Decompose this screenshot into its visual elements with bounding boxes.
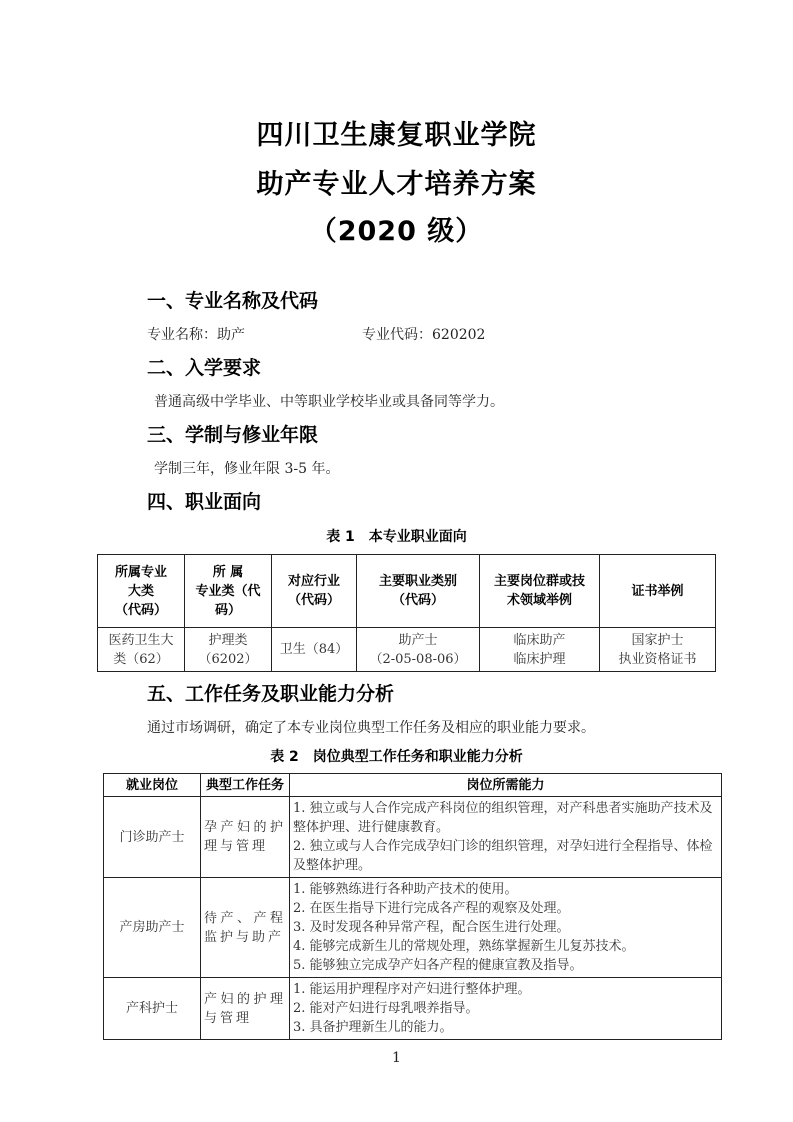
table-row: 门诊助产士 孕产妇的护理与管理 1. 独立或与人合作完成产科岗位的组织管理，对产…: [104, 797, 722, 878]
work-task-cell: 孕产妇的护理与管理: [201, 797, 290, 878]
section-heading-4: 四、职业面向: [147, 487, 261, 514]
table-cell: 助产士 （2-05-08-06）: [357, 628, 480, 672]
job-post-cell: 产房助产士: [104, 878, 201, 978]
ability-cell: 1. 独立或与人合作完成产科岗位的组织管理，对产科患者实施助产技术及整体护理、进…: [290, 797, 722, 878]
table-cell: 卫生（84）: [272, 628, 357, 672]
task-ability-table: 就业岗位 典型工作任务 岗位所需能力 门诊助产士 孕产妇的护理与管理 1. 独立…: [103, 773, 722, 1040]
table-row: 产科护士 产妇的护理与管理 1. 能运用护理程序对产妇进行整体护理。 2. 能对…: [104, 978, 722, 1040]
work-task-cell: 产妇的护理与管理: [201, 978, 290, 1040]
section-heading-1: 一、专业名称及代码: [147, 286, 318, 313]
job-post-cell: 门诊助产士: [104, 797, 201, 878]
header-cell: 岗位所需能力: [290, 774, 722, 797]
major-code: 专业代码：620202: [362, 324, 485, 344]
table-header-row: 所属专业 大类 （代码） 所 属 专业类（代 码） 对应行业 （代码） 主要职业…: [98, 555, 716, 628]
section-heading-5: 五、工作任务及职业能力分析: [147, 679, 394, 706]
header-cell: 主要岗位群或技 术领域举例: [480, 555, 600, 628]
header-cell: 主要职业类别 （代码）: [357, 555, 480, 628]
ability-cell: 1. 能够熟练进行各种助产技术的使用。 2. 在医生指导下进行完成各产程的观察及…: [290, 878, 722, 978]
work-task-cell: 待产、产程监护与助产: [201, 878, 290, 978]
header-cell: 对应行业 （代码）: [272, 555, 357, 628]
table-header-row: 就业岗位 典型工作任务 岗位所需能力: [104, 774, 722, 797]
document-title-year: （2020 级）: [0, 209, 793, 248]
major-name: 专业名称：助产: [147, 324, 245, 344]
admission-requirement: 普通高级中学毕业、中等职业学校毕业或具备同等学力。: [154, 391, 504, 411]
table-cell: 医药卫生大 类（62）: [98, 628, 185, 672]
table-row: 医药卫生大 类（62） 护理类 （6202） 卫生（84） 助产士 （2-05-…: [98, 628, 716, 672]
study-duration: 学制三年，修业年限 3-5 年。: [154, 458, 339, 478]
section-heading-3: 三、学制与修业年限: [147, 420, 318, 447]
document-title-school: 四川卫生康复职业学院: [0, 113, 793, 152]
table-cell: 护理类 （6202）: [185, 628, 272, 672]
header-cell: 典型工作任务: [201, 774, 290, 797]
table-row: 产房助产士 待产、产程监护与助产 1. 能够熟练进行各种助产技术的使用。 2. …: [104, 878, 722, 978]
table-cell: 国家护士 执业资格证书: [600, 628, 716, 672]
career-orientation-table: 所属专业 大类 （代码） 所 属 专业类（代 码） 对应行业 （代码） 主要职业…: [97, 554, 716, 672]
job-post-cell: 产科护士: [104, 978, 201, 1040]
ability-cell: 1. 能运用护理程序对产妇进行整体护理。 2. 能对产妇进行母乳喂养指导。 3.…: [290, 978, 722, 1040]
section-heading-2: 二、入学要求: [147, 353, 261, 380]
header-cell: 就业岗位: [104, 774, 201, 797]
table-1-caption: 表 1 本专业职业面向: [0, 526, 793, 546]
table-cell: 临床助产 临床护理: [480, 628, 600, 672]
table-2-caption: 表 2 岗位典型工作任务和职业能力分析: [0, 746, 793, 766]
header-cell: 所 属 专业类（代 码）: [185, 555, 272, 628]
page-number: 1: [0, 1050, 793, 1066]
header-cell: 证书举例: [600, 555, 716, 628]
analysis-intro: 通过市场调研，确定了本专业岗位典型工作任务及相应的职业能力要求。: [147, 717, 595, 737]
header-cell: 所属专业 大类 （代码）: [98, 555, 185, 628]
document-title-program: 助产专业人才培养方案: [0, 162, 793, 201]
